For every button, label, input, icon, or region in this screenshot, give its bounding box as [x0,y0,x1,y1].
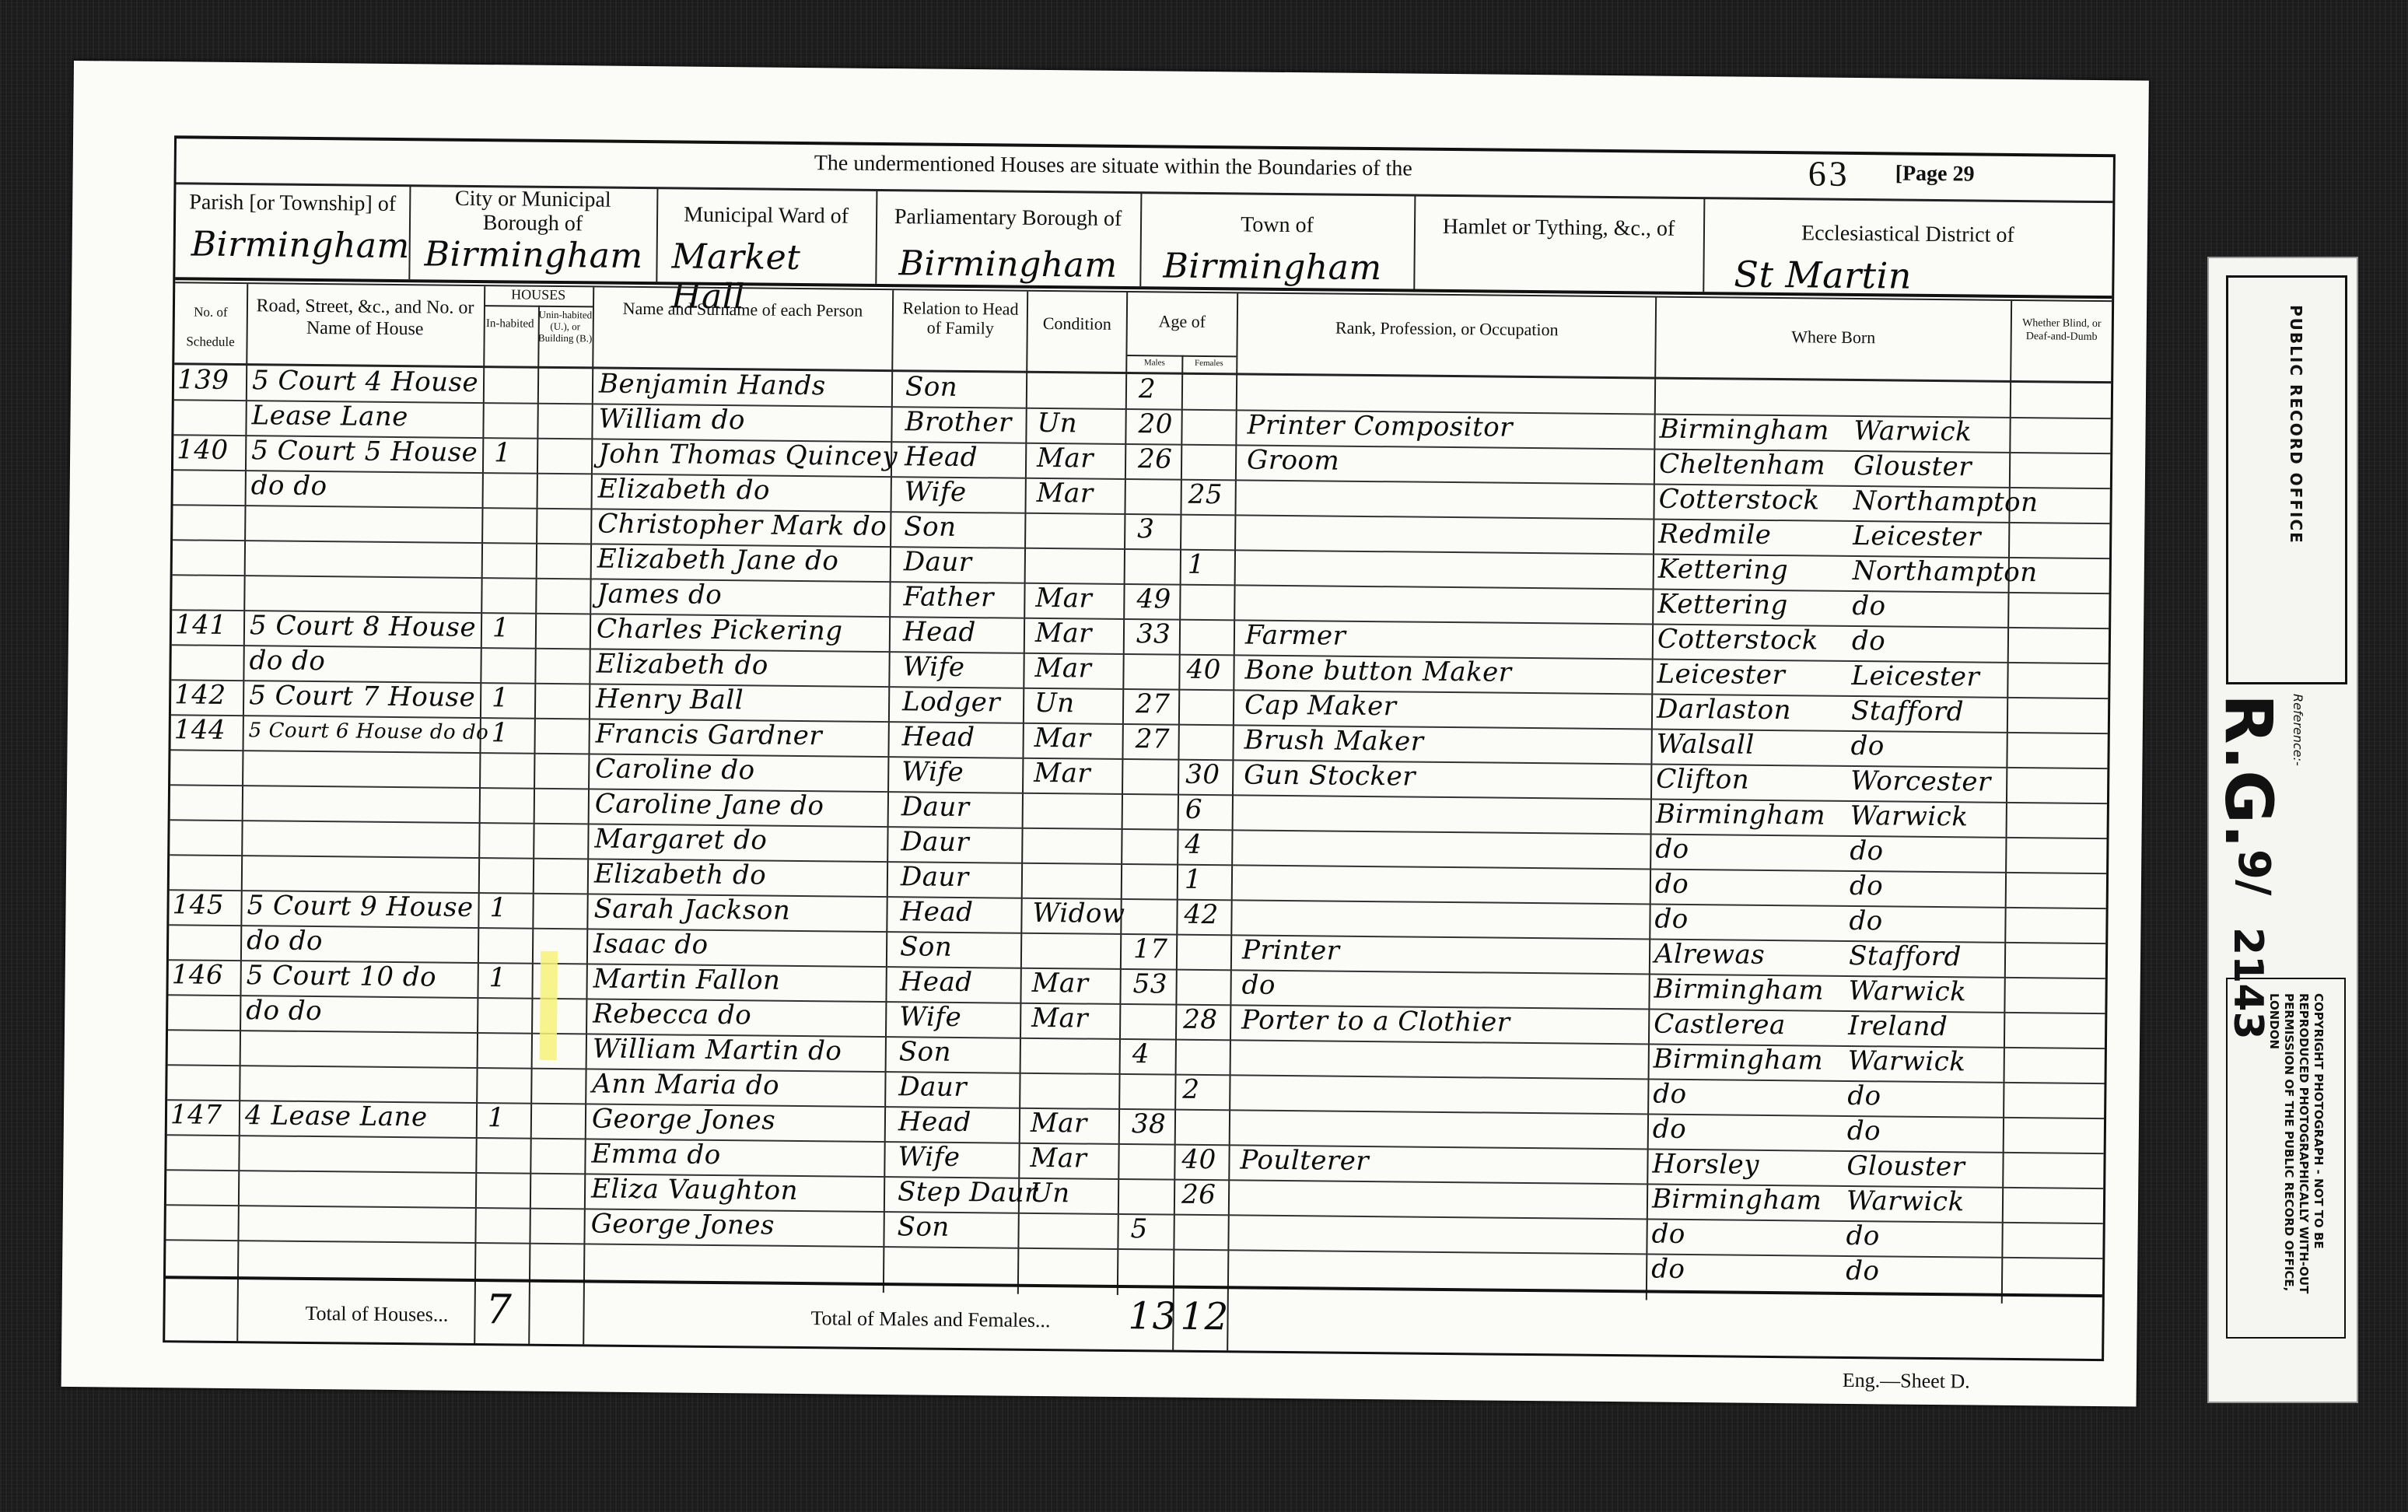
cell-born-place: do [1655,834,1689,865]
cell-schedule: 139 [177,364,229,396]
cell-occupation: Bone button Maker [1244,654,1511,688]
census-table: The undermentioned Houses are situate wi… [163,135,2116,1361]
cell-name: Emma do [591,1138,721,1171]
cell-relation: Head [899,966,972,998]
cell-born-place: Alrewas [1654,939,1766,971]
cell-name: Caroline do [595,753,755,786]
cell-relation: Daur [901,861,969,893]
cell-name: James do [597,578,722,611]
cell-female: 2 [1182,1074,1200,1105]
cell-relation: Head [900,896,973,928]
cell-born-county: Leicester [1851,660,1979,693]
cell-female: 30 [1185,759,1220,790]
cell-born-county: do [1849,905,1883,936]
copyright-notice: COPYRIGHT PHOTOGRAPH - NOT TO BE REPRODU… [2266,993,2326,1320]
cell-relation: Daur [904,546,972,578]
data-rows: 139 5 Court 4 House Benjamin Hands Son 2… [166,364,2111,1293]
col-houses: HOUSES [484,286,593,303]
col-age: Age of [1128,311,1237,331]
cell-born-place: Kettering [1657,589,1788,621]
cell-born-place: Cotterstock [1657,624,1818,656]
cell-road: do do [246,995,322,1027]
cell-born-place: Castlerea [1654,1009,1786,1041]
cell-relation: Lodger [902,686,1000,718]
cell-name: Margaret do [594,823,767,856]
cell-relation: Head [903,616,976,648]
cell-name: Benjamin Hands [599,368,826,401]
cell-male: 2 [1139,373,1157,404]
cell-born-county: do [1847,1080,1881,1111]
col-uninhabited: Unin-habited (U.), or Building (B.) [538,309,593,345]
total-houses-inhabited: 7 [485,1286,512,1333]
cell-born-place: Birmingham [1654,1044,1824,1076]
cell-born-place: Clifton [1656,764,1749,796]
cell-name: Caroline Jane do [595,788,824,821]
cell-name: William Martin do [593,1033,842,1066]
cell-name: Charles Pickering [597,613,843,646]
boundary-hamlet: Hamlet or Tything, &c., of [1413,196,1703,292]
cell-born-place: do [1653,1114,1687,1145]
cell-road: Lease Lane [251,400,408,432]
cell-born-county: Warwick [1853,415,1972,447]
cell-occupation: Groom [1247,445,1339,477]
cell-born-place: Cheltenham [1659,449,1825,481]
cell-name: Elizabeth do [598,473,771,506]
cell-road: do do [251,470,327,502]
cell-condition: Un [1037,408,1077,439]
cell-female: 4 [1185,829,1202,860]
cell-female: 40 [1186,654,1221,685]
cell-relation: Son [904,511,957,543]
cell-born-county: do [1850,835,1884,866]
cell-name: Eliza Vaughton [591,1173,798,1206]
cell-born-county: Worcester [1850,765,1991,798]
cell-born-place: do [1654,904,1689,935]
cell-occupation: Porter to a Clothier [1241,1004,1510,1038]
cell-condition: Mar [1034,723,1091,754]
col-relation: Relation to Head of Family [894,298,1027,338]
cell-schedule: 142 [174,679,226,711]
cell-occupation: Cap Maker [1244,689,1397,722]
cell-inhabited: 1 [492,717,509,748]
cell-born-place: Birmingham [1652,1184,1822,1216]
cell-relation: Son [899,1036,952,1068]
cell-name: Elizabeth Jane do [597,543,839,576]
cell-born-county: do [1852,625,1886,656]
cell-inhabited: 1 [489,962,507,993]
cell-inhabited: 1 [494,437,512,468]
col-inhabited: In-habited [484,317,537,331]
cell-schedule: 145 [172,889,224,921]
col-females: Females [1181,357,1236,371]
cell-male: 38 [1132,1108,1167,1139]
cell-male: 3 [1137,513,1155,544]
cell-road: do do [249,645,325,677]
cell-born-county: Stafford [1851,695,1964,727]
cell-relation: Wife [898,1141,960,1173]
cell-male: 27 [1136,688,1171,719]
cell-road: 5 Court 9 House [247,890,473,923]
cell-name: Isaac do [593,928,709,960]
cell-female: 6 [1185,794,1203,825]
total-houses-label: Total of Houses... [305,1302,448,1327]
cell-condition: Mar [1030,1143,1087,1174]
cell-relation: Wife [899,1001,961,1033]
cell-inhabited: 1 [488,1102,506,1133]
cell-condition: Mar [1035,583,1092,614]
cell-born-county: do [1847,1115,1881,1146]
cell-male: 4 [1132,1038,1150,1069]
cell-born-county: Warwick [1848,1045,1966,1077]
col-name: Name and Surname of each Person [595,298,891,320]
cell-road: 5 Court 8 House [250,610,476,643]
cell-condition: Mar [1031,1108,1087,1139]
cell-born-county: do [1850,730,1885,761]
cell-occupation: do [1241,969,1276,1000]
cell-name: Ann Maria do [592,1068,779,1101]
cell-female: 1 [1188,549,1206,580]
total-females: 12 [1180,1295,1229,1339]
cell-relation: Son [900,931,953,963]
cell-occupation: Brush Maker [1244,724,1423,757]
cell-born-county: Stafford [1849,940,1962,972]
cell-condition: Un [1034,688,1075,719]
cell-male: 20 [1138,408,1173,439]
cell-road: 5 Court 10 do [247,960,437,992]
record-office-label: PUBLIC RECORD OFFICE [2287,305,2305,544]
cell-name: Martin Fallon [593,963,781,996]
cell-male: 49 [1136,583,1171,614]
cell-inhabited: 1 [492,612,510,643]
cell-condition: Mar [1037,478,1094,509]
cell-name: Henry Ball [596,683,744,716]
total-males: 13 [1128,1294,1177,1339]
cell-born-place: do [1655,869,1689,900]
banner-text: The undermentioned Houses are situate wi… [814,151,1412,181]
cell-name: Christopher Mark do [597,508,887,542]
col-schedule: No. of Schedule [174,297,247,357]
cell-schedule: 144 [174,714,226,746]
cell-born-county: do [1850,870,1884,901]
cell-road: 5 Court 5 House [251,435,478,468]
cell-born-place: do [1651,1254,1685,1285]
cell-female: 40 [1181,1144,1216,1175]
cell-male: 26 [1138,443,1173,474]
cell-occupation: Poulterer [1240,1144,1369,1177]
boundary-value: Birmingham [424,234,643,276]
boundary-value: Birmingham [1163,246,1382,288]
cell-male: 53 [1132,968,1167,999]
cell-born-place: Leicester [1657,659,1785,691]
cell-male: 33 [1136,618,1171,649]
cell-inhabited: 1 [489,892,507,923]
cell-occupation: Gun Stocker [1244,759,1416,792]
cell-born-place: Walsall [1656,729,1754,761]
cell-relation: Daur [901,826,969,858]
cell-male: 17 [1133,933,1168,964]
cell-born-place: Horsley [1652,1149,1759,1181]
class-code: R.G. [2210,694,2287,849]
cell-female: 25 [1188,479,1223,510]
boundaries-row: Parish [or Township] of Birmingham City … [175,184,2112,296]
cell-schedule: 140 [177,434,229,466]
piece-code: 9/ [2228,849,2279,895]
cell-born-county: do [1846,1220,1880,1251]
cell-condition: Widow [1032,898,1125,929]
cell-occupation: Printer [1242,934,1340,966]
cell-relation: Daur [898,1071,967,1103]
cell-condition: Mar [1034,758,1090,789]
cell-born-county: Warwick [1850,800,1969,832]
cell-born-place: Cotterstock [1658,484,1819,516]
boundary-ecclesiastical: Ecclesiastical District of St Martin [1703,198,2112,296]
reference-card: PUBLIC RECORD OFFICE Reference:- R.G. 9/… [2207,257,2358,1403]
cell-name: Elizabeth do [594,858,767,891]
cell-relation: Father [903,581,994,613]
col-occupation: Rank, Profession, or Occupation [1239,317,1655,340]
cell-condition: Mar [1035,618,1092,649]
cell-inhabited: 1 [492,682,509,713]
col-infirm: Whether Blind, or Deaf-and-Dumb [2012,317,2112,344]
cell-name: Rebecca do [593,998,751,1031]
cell-born-county: Ireland [1848,1010,1948,1042]
cell-born-place: do [1653,1079,1687,1110]
cell-name: Elizabeth do [596,648,768,681]
cell-name: John Thomas Quincey [598,438,898,472]
cell-born-county: Glouster [1846,1150,1965,1182]
cell-born-county: Glouster [1853,450,1972,482]
cell-female: 26 [1181,1179,1216,1210]
boundary-town: Town of Birmingham [1139,193,1414,289]
cell-relation: Wife [905,476,967,508]
col-males: Males [1127,356,1181,370]
cell-born-place: Darlaston [1657,694,1791,726]
cell-name: William do [598,403,745,436]
cell-born-county: do [1846,1255,1880,1286]
cell-condition: Mar [1034,653,1091,684]
cell-relation: Brother [905,406,1012,438]
cell-male: 27 [1135,723,1170,754]
sheet-note: Eng.—Sheet D. [1843,1369,1970,1394]
page-label: [Page 29 [1895,161,1975,187]
cell-born-place: Kettering [1658,554,1789,586]
cell-female: 42 [1184,899,1219,930]
cell-schedule: 147 [170,1099,222,1131]
boundary-ward: Municipal Ward of Market Hall [656,188,876,284]
cell-relation: Head [898,1106,971,1138]
cell-occupation: Farmer [1245,619,1346,651]
cell-born-county: Leicester [1853,520,1981,553]
census-page: The undermentioned Houses are situate wi… [61,61,2149,1407]
cell-name: Francis Gardner [596,718,823,751]
cell-born-county: do [1852,590,1886,621]
cell-relation: Wife [902,651,964,683]
cell-relation: Son [905,371,958,403]
cell-relation: Daur [901,791,970,823]
cell-condition: Mar [1031,1003,1088,1034]
cell-born-county: Warwick [1848,975,1966,1007]
cell-born-place: Birmingham [1659,414,1829,446]
boundary-value: St Martin [1734,254,1912,297]
cell-relation: Son [897,1211,950,1243]
cell-born-place: Birmingham [1656,799,1826,831]
cell-female: 28 [1183,1004,1218,1035]
cell-name: George Jones [590,1208,775,1241]
cell-occupation: Printer Compositor [1247,410,1513,443]
cell-schedule: 146 [172,959,224,991]
boundary-value: Birmingham [898,243,1118,285]
cell-road: 5 Court 6 House do do [249,715,489,748]
col-born: Where Born [1657,326,2011,348]
cell-relation: Step Daur [898,1176,1038,1209]
cell-condition: Un [1030,1178,1070,1209]
col-condition: Condition [1028,313,1126,334]
total-persons-label: Total of Males and Females... [810,1307,1050,1332]
cell-condition: Mar [1031,968,1088,999]
highlight-mark [540,951,558,1060]
cell-female: 1 [1185,864,1202,895]
cell-relation: Head [902,721,975,753]
cell-relation: Wife [901,756,964,788]
boundary-parish: Parish [or Township] of Birmingham [175,184,409,279]
cell-condition: Mar [1037,443,1094,474]
cell-born-county: Warwick [1846,1185,1965,1217]
reference-label: Reference:- [2291,694,2305,766]
cell-name: George Jones [592,1103,776,1136]
boundary-city: City or Municipal Borough of Birmingham [408,186,656,282]
cell-born-place: Redmile [1658,519,1771,551]
cell-road: 5 Court 7 House [249,680,475,713]
col-road: Road, Street, &c., and No. or Name of Ho… [247,295,485,341]
cell-born-place: Birmingham [1654,974,1824,1006]
cell-road: 5 Court 4 House [252,365,478,398]
cell-born-county: Northampton [1853,555,2038,588]
cell-name: Sarah Jackson [593,893,790,926]
cell-road: 4 Lease Lane [245,1100,428,1132]
cell-road: do do [247,925,323,957]
folio-number: 63 [1808,152,1850,194]
cell-born-county: Northampton [1853,485,2038,518]
cell-schedule: 141 [175,609,227,641]
boundary-value: Birmingham [191,224,410,266]
boundary-parliamentary: Parliamentary Borough of Birmingham [875,191,1140,286]
cell-born-place: do [1651,1219,1685,1250]
cell-male: 5 [1130,1213,1148,1244]
cell-relation: Head [905,441,978,473]
